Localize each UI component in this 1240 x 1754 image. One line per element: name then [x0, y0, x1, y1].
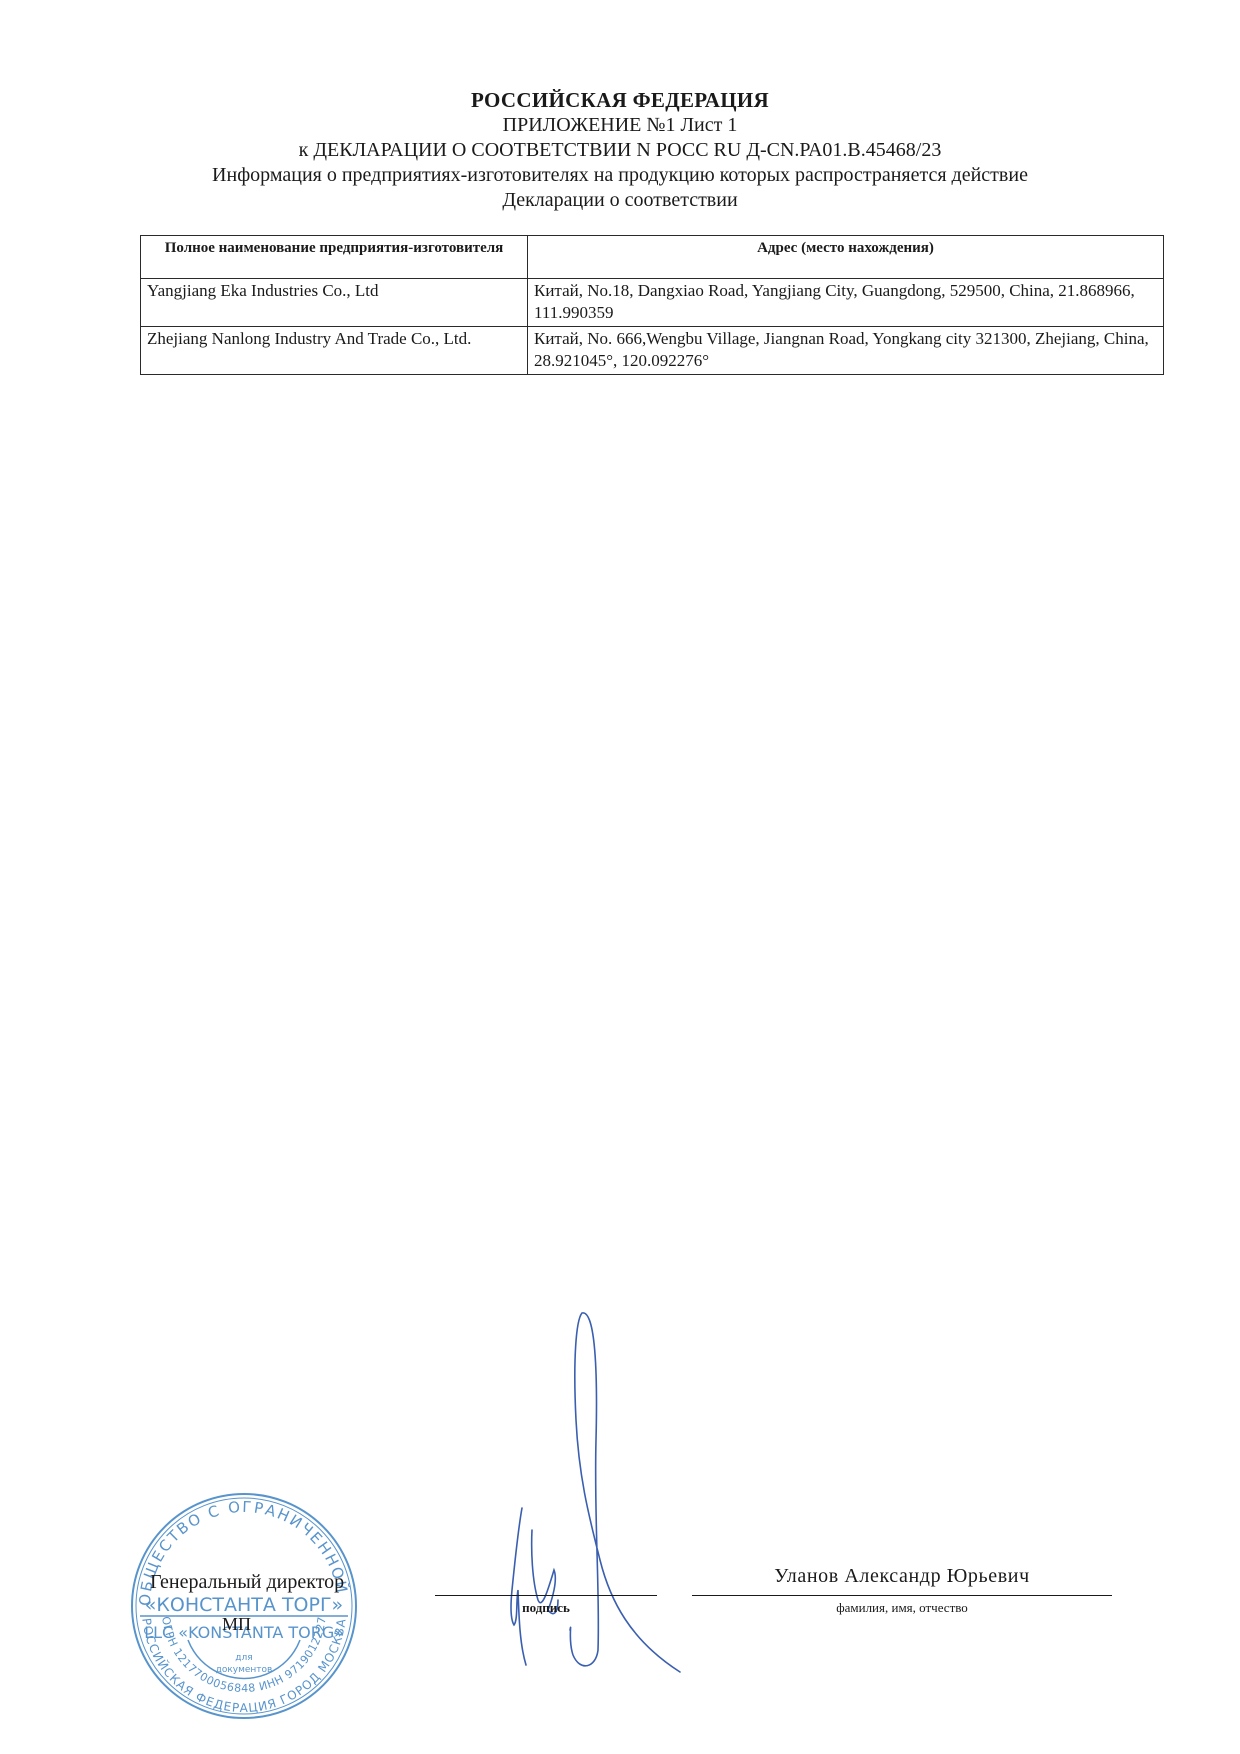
declaration-number: к ДЕКЛАРАЦИИ О СООТВЕТСТВИИ N РОСС RU Д-… [0, 138, 1240, 163]
stamp-line1: «КОНСТАНТА ТОРГ» [145, 1594, 343, 1616]
signer-name: Уланов Александр Юрьевич [692, 1565, 1112, 1588]
handwritten-signature [430, 1300, 690, 1680]
manufacturer-name: Yangjiang Eka Industries Co., Ltd [141, 279, 528, 327]
name-caption: фамилия, имя, отчество [692, 1600, 1112, 1616]
table-row: Yangjiang Eka Industries Co., Ltd Китай,… [141, 279, 1164, 327]
signature-line [435, 1595, 657, 1596]
info-line-2: Декларации о соответствии [0, 188, 1240, 213]
manufacturer-name: Zhejiang Nanlong Industry And Trade Co.,… [141, 327, 528, 375]
name-line [692, 1595, 1112, 1596]
signature-caption: подпись [435, 1600, 657, 1616]
column-header-name: Полное наименование предприятия-изготови… [141, 236, 528, 279]
column-header-address: Адрес (место нахождения) [528, 236, 1164, 279]
appendix-title: ПРИЛОЖЕНИЕ №1 Лист 1 [0, 113, 1240, 138]
manufacturer-address: Китай, No.18, Dangxiao Road, Yangjiang C… [528, 279, 1164, 327]
document-header: РОССИЙСКАЯ ФЕДЕРАЦИЯ ПРИЛОЖЕНИЕ №1 Лист … [0, 88, 1240, 213]
manufacturer-address: Китай, No. 666,Wengbu Village, Jiangnan … [528, 327, 1164, 375]
position-label: Генеральный директор [150, 1571, 344, 1594]
manufacturers-table: Полное наименование предприятия-изготови… [140, 235, 1164, 375]
country-title: РОССИЙСКАЯ ФЕДЕРАЦИЯ [0, 88, 1240, 113]
stamp-small2: документов [216, 1665, 273, 1675]
stamp-place-label: МП [222, 1614, 251, 1635]
company-stamp: ОБЩЕСТВО С ОГРАНИЧЕННОЙ ОТВЕТСТВЕННОСТЬЮ… [128, 1490, 360, 1722]
stamp-small1: для [235, 1653, 252, 1663]
info-line-1: Информация о предприятиях-изготовителях … [0, 163, 1240, 188]
table-header-row: Полное наименование предприятия-изготови… [141, 236, 1164, 279]
table-row: Zhejiang Nanlong Industry And Trade Co.,… [141, 327, 1164, 375]
